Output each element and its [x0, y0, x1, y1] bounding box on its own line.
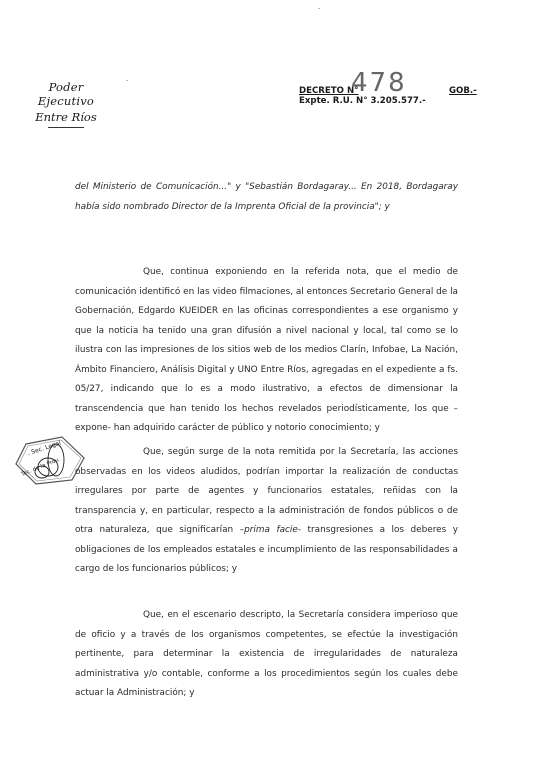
- scan-speck: [28, 454, 30, 455]
- paragraph-3-text: Que, según surge de la nota remitida por…: [75, 443, 458, 580]
- paragraph-1-text: del Ministerio de Comunicación..." y "Se…: [75, 178, 458, 217]
- paragraph-4: Que, en el escenario descripto, la Secre…: [75, 606, 458, 704]
- paragraph-2-text: Que, continua exponiendo en la referida …: [75, 263, 458, 439]
- expediente-number: Expte. R.U. N° 3.205.577.-: [299, 96, 426, 106]
- paragraph-4-text: Que, en el escenario descripto, la Secre…: [75, 606, 458, 704]
- letterhead: Poder Ejecutivo Entre Ríos: [26, 80, 106, 128]
- stamp-bottom-text: Tec. de la Prov.: [20, 457, 61, 478]
- letterhead-rule: [48, 127, 84, 128]
- paragraph-1: del Ministerio de Comunicación..." y "Se…: [75, 178, 458, 217]
- scan-speck: [318, 8, 320, 9]
- paragraph-3-italic: –prima facie: [240, 525, 298, 535]
- decree-header: DECRETO N° 478 GOB.- Expte. R.U. N° 3.20…: [299, 72, 499, 96]
- paragraph-2: Que, continua exponiendo en la referida …: [75, 263, 458, 439]
- letterhead-line-1: Poder Ejecutivo: [26, 80, 106, 108]
- paragraph-3-text-a: Que, según surge de la nota remitida por…: [75, 447, 458, 535]
- decree-label: DECRETO N°: [299, 86, 358, 96]
- decree-number: 478: [351, 68, 407, 98]
- scan-speck: [126, 80, 128, 81]
- paragraph-3: Que, según surge de la nota remitida por…: [75, 443, 458, 580]
- letterhead-line-2: Entre Ríos: [26, 110, 106, 124]
- decree-suffix: GOB.-: [449, 86, 477, 96]
